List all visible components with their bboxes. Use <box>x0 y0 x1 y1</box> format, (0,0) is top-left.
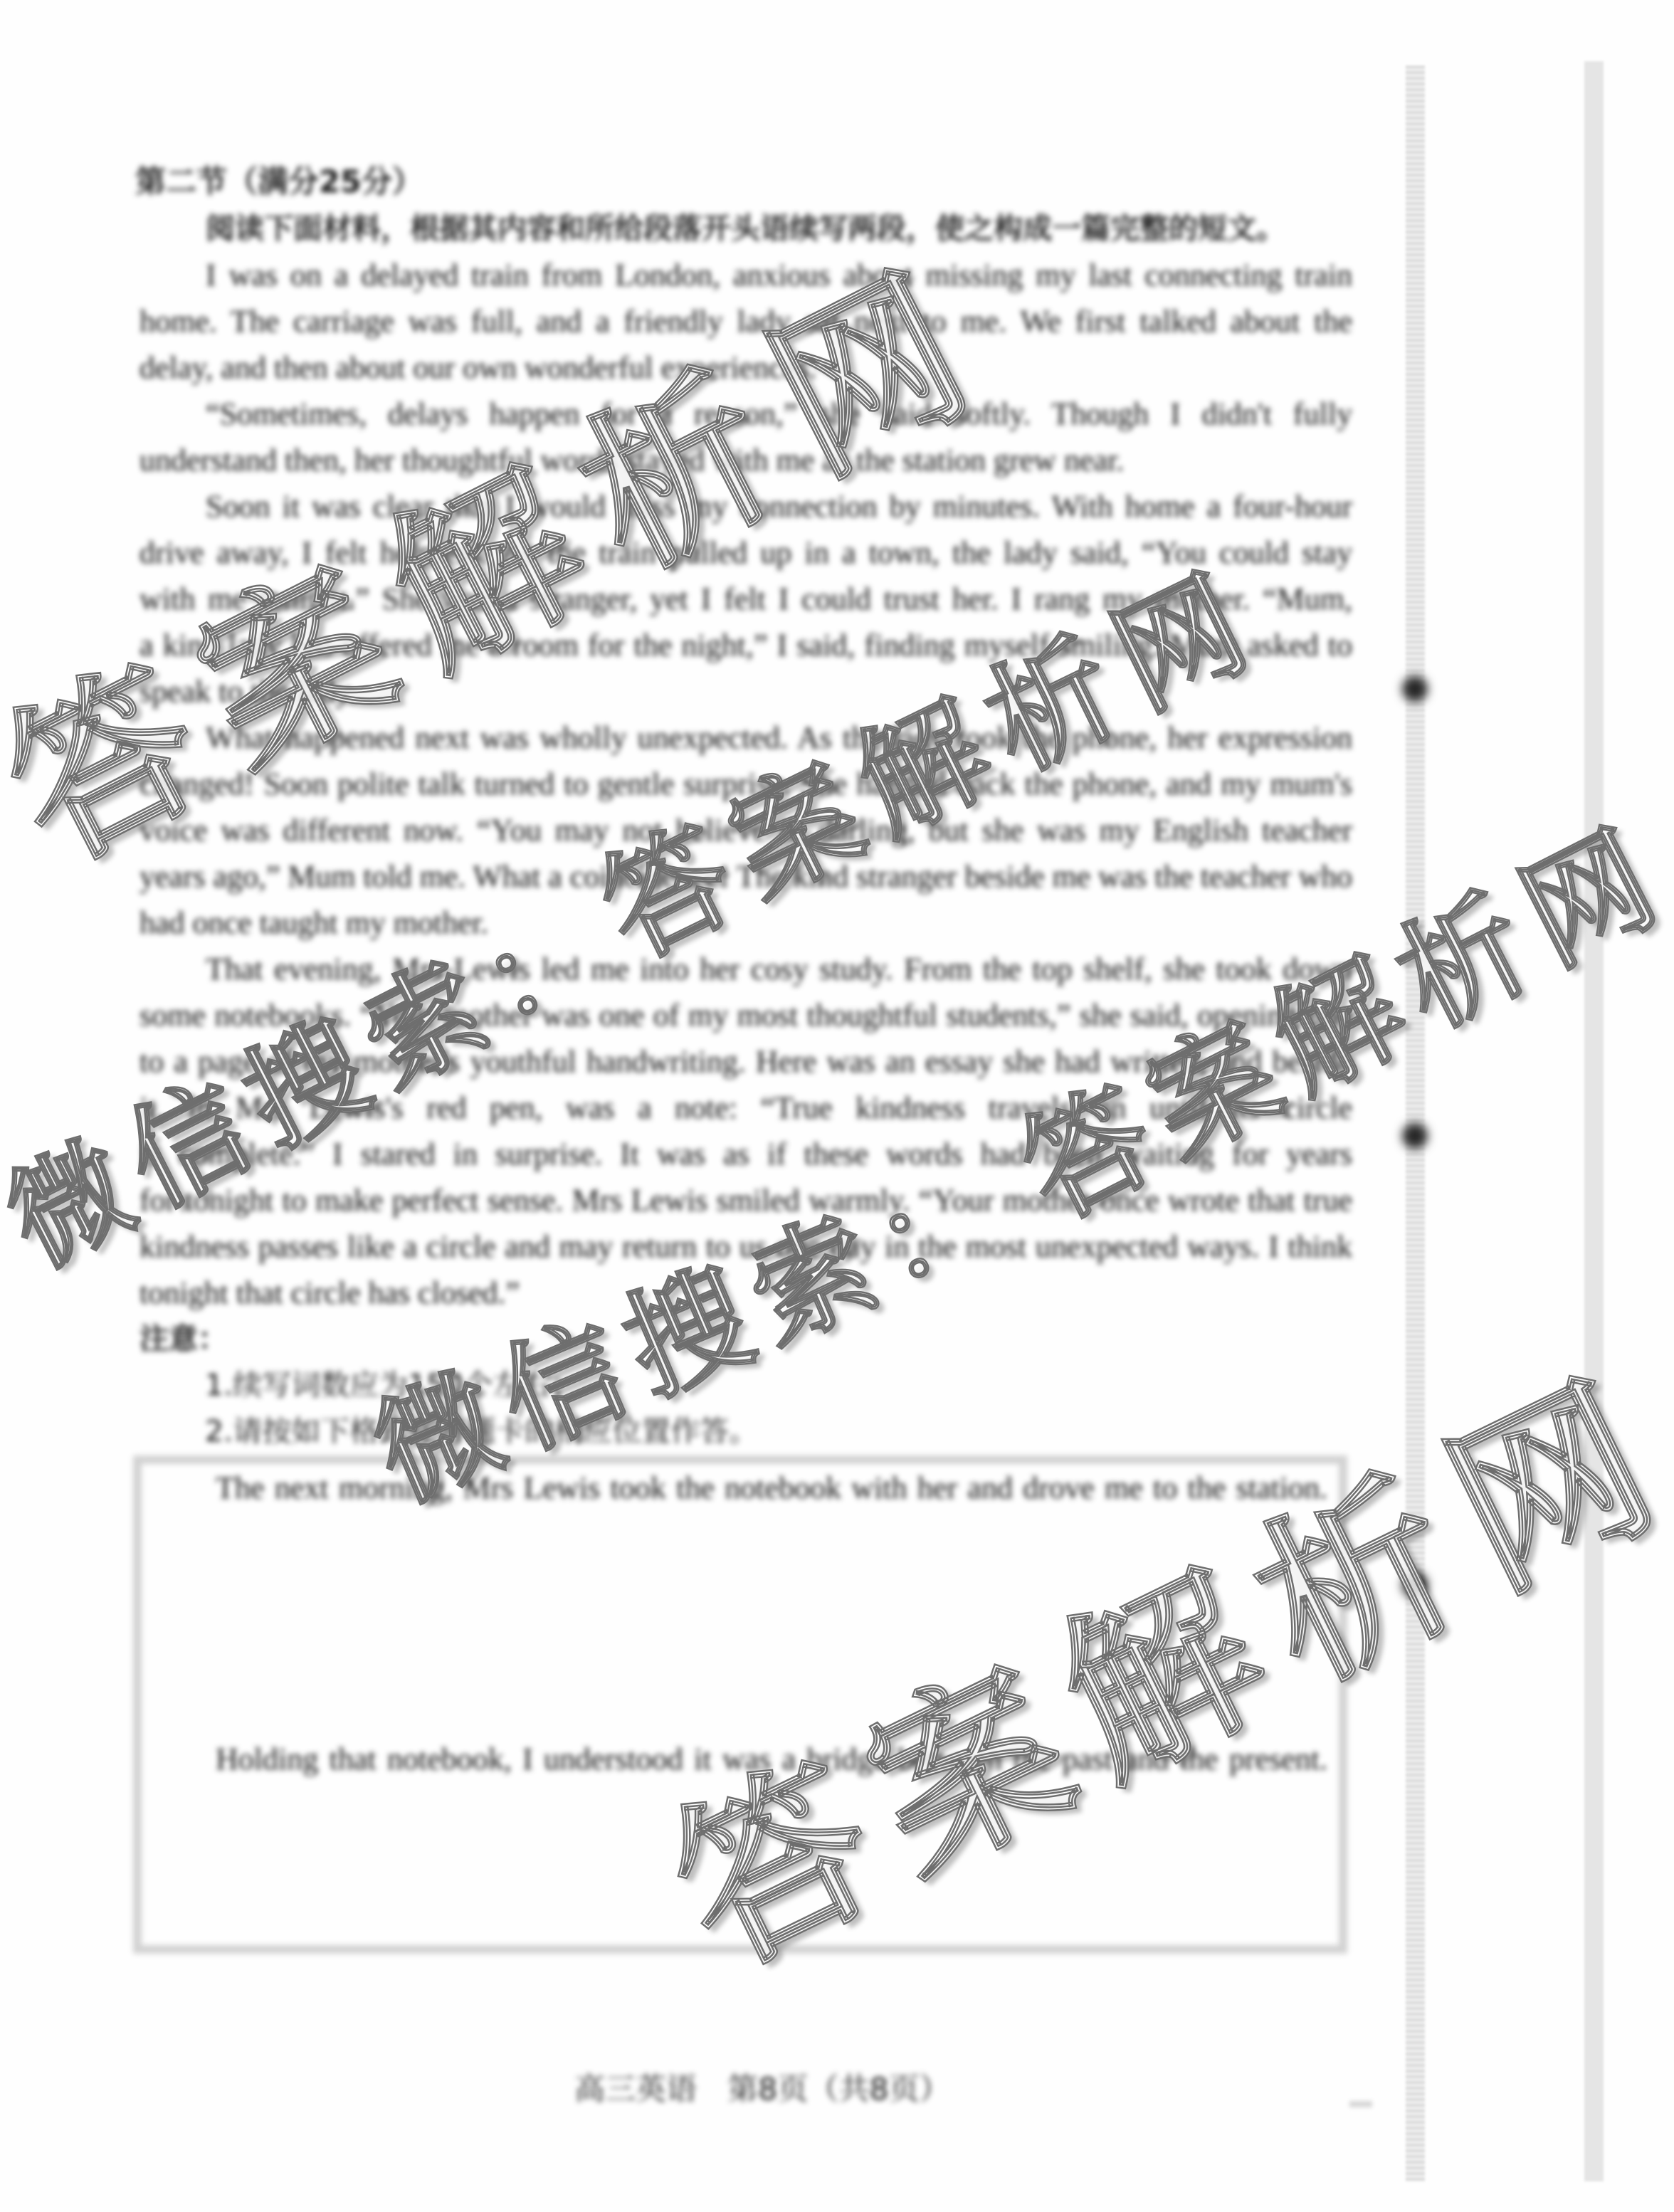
notes-label-text: 注意： <box>139 1322 227 1356</box>
paragraph2-opening-text: Holding that notebook, I understood it w… <box>216 1742 1327 1776</box>
line-text: drive away, I felt helpless. As the trai… <box>139 535 1352 570</box>
passage-line: with me tonight.” She was a stranger, ye… <box>139 576 1352 622</box>
line-text: understand then, her thoughtful words st… <box>139 443 1124 478</box>
page-footer: 高三英语 第8页（共8页） <box>574 2066 950 2113</box>
passage-line: to a page of my mother's youthful handwr… <box>139 1038 1352 1085</box>
passage-line: Soon it was clear that I would miss my c… <box>139 483 1352 530</box>
passage-line: voice was different now. “You may not be… <box>139 807 1352 853</box>
passage-line: I was on a delayed train from London, an… <box>139 252 1352 298</box>
passage-line: speak to the lady. <box>139 668 1352 715</box>
binding-hole-mark <box>1402 676 1428 702</box>
line-text: with me tonight.” She was a stranger, ye… <box>139 581 1352 616</box>
line-text: a kind lady has offered me a room for th… <box>139 628 1352 663</box>
line-text: some notebooks. “Your mother was one of … <box>139 998 1352 1033</box>
line-text: is complete.” I stared in surprise. It w… <box>139 1137 1352 1171</box>
line-text: What happened next was wholly unexpected… <box>206 720 1352 755</box>
passage-line: years ago,” Mum told me. What a coincide… <box>139 853 1352 900</box>
section-heading-text: 第二节（满分25分） <box>135 164 423 200</box>
note-item: 1.续写词数应为150个左右； <box>139 1362 1352 1408</box>
passage-line: That evening, Mrs Lewis led me into her … <box>139 946 1352 992</box>
line-text: to a page of my mother's youthful handwr… <box>139 1044 1352 1079</box>
task-instruction: 阅读下面材料，根据其内容和所给段落开头语续写两段，使之构成一篇完整的短文。 <box>139 206 1352 252</box>
passage-line: a kind lady has offered me a room for th… <box>139 622 1352 668</box>
passage-line: it, in Mrs Lewis's red pen, was a note: … <box>139 1085 1352 1131</box>
line-text: tonight that circle has closed.” <box>139 1275 520 1310</box>
passage-line: tonight that circle has closed.” <box>139 1270 1352 1316</box>
page-label: 高三英语 第8页（共8页） <box>574 2072 950 2107</box>
task-instruction-text: 阅读下面材料，根据其内容和所给段落开头语续写两段，使之构成一篇完整的短文。 <box>206 211 1285 246</box>
line-text: home. The carriage was full, and a frien… <box>139 304 1352 339</box>
line-text: “Sometimes, delays happen for a reason,”… <box>206 396 1352 431</box>
note-item-text: 2.请按如下格式在答题卡的相应位置作答。 <box>205 1414 758 1448</box>
passage-line: home. The carriage was full, and a frien… <box>139 298 1352 344</box>
passage-line: changed! Soon polite talk turned to gent… <box>139 761 1352 807</box>
line-text: voice was different now. “You may not be… <box>139 813 1352 848</box>
passage-line: is complete.” I stared in surprise. It w… <box>139 1131 1352 1177</box>
line-text: years ago,” Mum told me. What a coincide… <box>139 853 1352 900</box>
line-text: kindness passes like a circle and may re… <box>139 1229 1352 1264</box>
note-item-text: 1.续写词数应为150个左右； <box>205 1368 580 1402</box>
exam-section: 第二节（满分25分） 阅读下面材料，根据其内容和所给段落开头语续写两段，使之构成… <box>139 159 1352 1455</box>
binding-hole-mark <box>1402 1572 1428 1598</box>
line-text: speak to the lady. <box>139 674 357 709</box>
binding-solid-bar <box>1584 61 1604 2181</box>
passage-line: “Sometimes, delays happen for a reason,”… <box>139 391 1352 437</box>
note-item: 2.请按如下格式在答题卡的相应位置作答。 <box>139 1408 1352 1455</box>
passage-line: some notebooks. “Your mother was one of … <box>139 992 1352 1038</box>
paragraph1-opening-text: The next morning, Mrs Lewis took the not… <box>216 1470 1327 1505</box>
passage-line: for tonight to make perfect sense. Mrs L… <box>139 1177 1352 1223</box>
passage-line: kindness passes like a circle and may re… <box>139 1223 1352 1270</box>
line-text: it, in Mrs Lewis's red pen, was a note: … <box>139 1090 1352 1125</box>
line-text: had once taught my mother. <box>139 905 488 940</box>
line-text: Soon it was clear that I would miss my c… <box>206 489 1352 524</box>
line-text: I was on a delayed train from London, an… <box>206 258 1352 293</box>
passage-line: drive away, I felt helpless. As the trai… <box>139 530 1352 576</box>
passage-line: understand then, her thoughtful words st… <box>139 437 1352 483</box>
line-text: changed! Soon polite talk turned to gent… <box>139 767 1352 801</box>
paragraph2-opening: Holding that notebook, I understood it w… <box>216 1736 1327 1782</box>
line-text: for tonight to make perfect sense. Mrs L… <box>139 1183 1352 1218</box>
passage-line: had once taught my mother. <box>139 900 1352 946</box>
passage-line: delay, and then about our own wonderful … <box>139 344 1352 391</box>
passage-line: What happened next was wholly unexpected… <box>139 715 1352 761</box>
section-heading: 第二节（满分25分） <box>135 159 1352 206</box>
notes-label: 注意： <box>139 1316 1352 1362</box>
binding-hole-mark <box>1402 1123 1428 1149</box>
paragraph1-opening: The next morning, Mrs Lewis took the not… <box>216 1465 1327 1511</box>
line-text: That evening, Mrs Lewis led me into her … <box>206 952 1352 986</box>
answer-box <box>133 1455 1347 1954</box>
corner-mark <box>1349 2101 1372 2107</box>
line-text: delay, and then about our own wonderful … <box>139 350 816 385</box>
